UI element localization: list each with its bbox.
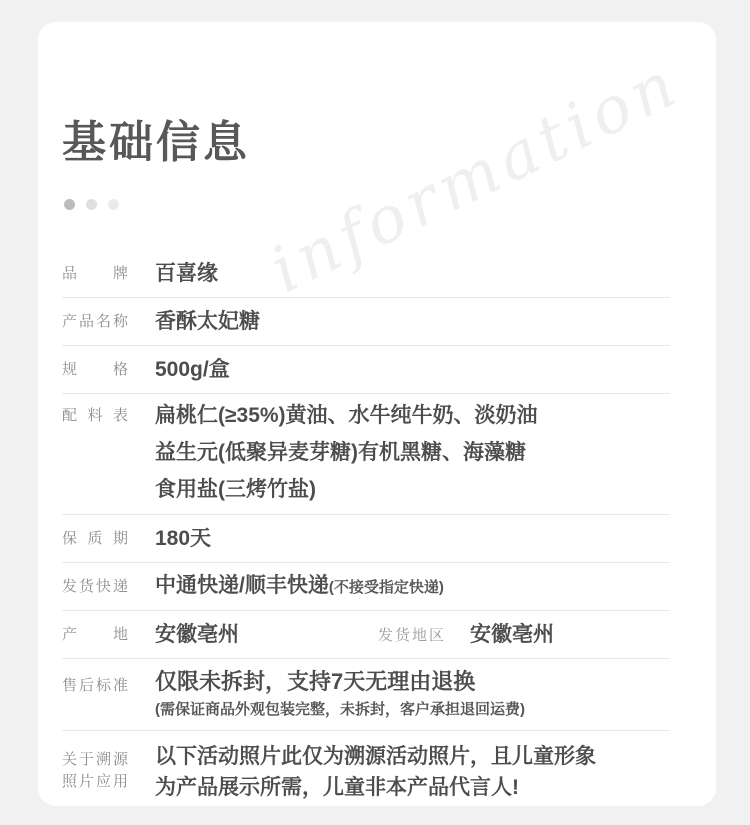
- product-info-table: 品牌 百喜缘 产品名称 香酥太妃糖 规格 500g/盒 配料表 扁桃仁(≥35%…: [62, 250, 670, 806]
- aftersale-label: 售后标准: [62, 667, 128, 697]
- row-product-name: 产品名称 香酥太妃糖: [62, 298, 670, 346]
- row-shipping: 发货快递 中通快递/顺丰快递(不接受指定快递): [62, 563, 670, 611]
- shipping-value: 中通快递/顺丰快递(不接受指定快递): [155, 572, 444, 602]
- row-trace-photos: 关于溯源照片应用 以下活动照片此仅为溯源活动照片，且儿童形象 为产品展示所需，儿…: [62, 731, 670, 806]
- shipping-value-main: 中通快递/顺丰快递: [155, 574, 329, 597]
- aftersale-note-text: (需保证商品外观包装完整，未拆封，客户承担退回运费): [155, 699, 525, 721]
- ingredients-line-3: 食用盐(三烤竹盐): [155, 471, 538, 508]
- row-aftersale: 售后标准 仅限未拆封，支持7天无理由退换 (需保证商品外观包装完整，未拆封，客户…: [62, 659, 670, 731]
- shelf-life-label: 保质期: [62, 528, 128, 550]
- trace-photos-value: 以下活动照片此仅为溯源活动照片，且儿童形象 为产品展示所需，儿童非本产品代言人!: [155, 741, 596, 803]
- shipping-label: 发货快递: [62, 576, 128, 598]
- aftersale-main-text: 仅限未拆封，支持7天无理由退换: [155, 667, 525, 697]
- dot-dark: [64, 199, 75, 210]
- row-shelf-life: 保质期 180天: [62, 515, 670, 563]
- info-card: information 基础信息 品牌 百喜缘 产品名称 香酥太妃糖 规格 50…: [38, 22, 716, 806]
- trace-line-2: 为产品展示所需，儿童非本产品代言人!: [155, 772, 596, 803]
- row-brand: 品牌 百喜缘: [62, 250, 670, 298]
- ship-region-label: 发货地区: [378, 624, 444, 645]
- dot-light: [108, 199, 119, 210]
- ingredients-line-2: 益生元(低聚异麦芽糖)有机黑糖、海藻糖: [155, 434, 538, 471]
- brand-value: 百喜缘: [155, 260, 218, 288]
- row-ingredients: 配料表 扁桃仁(≥35%)黄油、水牛纯牛奶、淡奶油 益生元(低聚异麦芽糖)有机黑…: [62, 394, 670, 515]
- shipping-value-note: (不接受指定快递): [329, 579, 444, 596]
- title-dots: [64, 199, 716, 210]
- ingredients-value: 扁桃仁(≥35%)黄油、水牛纯牛奶、淡奶油 益生元(低聚异麦芽糖)有机黑糖、海藻…: [155, 397, 538, 508]
- brand-label: 品牌: [62, 263, 128, 285]
- spec-value: 500g/盒: [155, 356, 230, 384]
- product-name-value: 香酥太妃糖: [155, 308, 260, 336]
- ship-region-value: 安徽亳州: [470, 621, 693, 649]
- origin-value: 安徽亳州: [155, 621, 378, 649]
- row-spec: 规格 500g/盒: [62, 346, 670, 394]
- trace-line-1: 以下活动照片此仅为溯源活动照片，且儿童形象: [155, 741, 596, 772]
- product-name-label: 产品名称: [62, 311, 128, 333]
- dot-medium: [86, 199, 97, 210]
- ingredients-label: 配料表: [62, 397, 128, 427]
- page-title: 基础信息: [62, 120, 716, 166]
- ingredients-line-1: 扁桃仁(≥35%)黄油、水牛纯牛奶、淡奶油: [155, 397, 538, 434]
- page-background: information 基础信息 品牌 百喜缘 产品名称 香酥太妃糖 规格 50…: [0, 0, 750, 825]
- row-origin: 产地 安徽亳州 发货地区 安徽亳州: [62, 611, 670, 659]
- spec-label: 规格: [62, 359, 128, 381]
- origin-label: 产地: [62, 624, 128, 646]
- aftersale-value: 仅限未拆封，支持7天无理由退换 (需保证商品外观包装完整，未拆封，客户承担退回运…: [155, 667, 525, 721]
- trace-photos-label: 关于溯源照片应用: [62, 741, 128, 793]
- shelf-life-value: 180天: [155, 525, 211, 553]
